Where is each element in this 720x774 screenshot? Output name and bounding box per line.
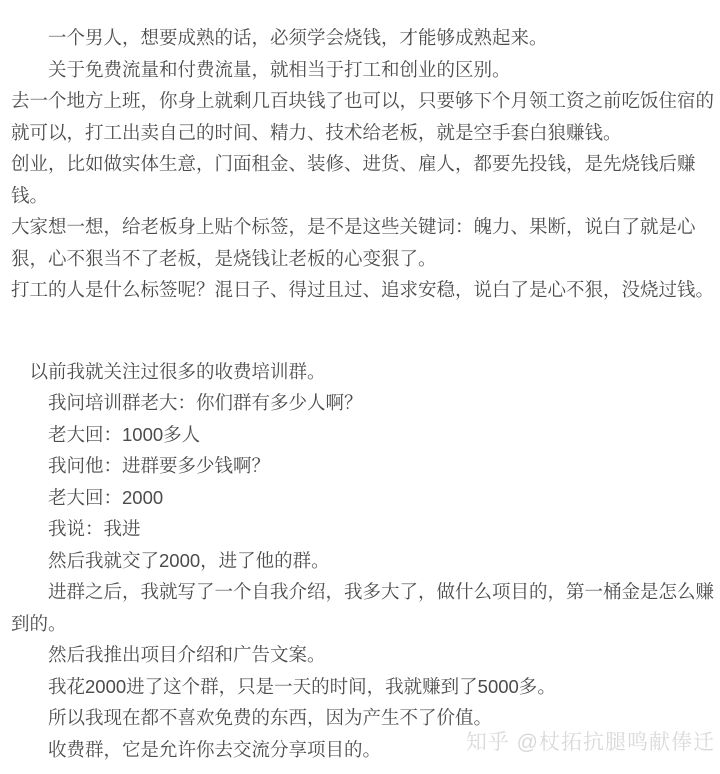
paragraph: 然后我推出项目介绍和广告文案。 [11,639,720,671]
paragraph: 创业，比如做实体生意，门面租金、装修、进货、雇人，都要先投钱，是先烧钱后赚钱。 [11,148,720,211]
paragraph: 去一个地方上班，你身上就剩几百块钱了也可以，只要够下个月领工资之前吃饭住宿的就可… [11,85,720,148]
paragraph: 关于免费流量和付费流量，就相当于打工和创业的区别。 [11,54,720,86]
paragraph: 打工的人是什么标签呢？混日子、得过且过、追求安稳，说白了是心不狠，没烧过钱。 [11,274,720,306]
zhihu-watermark: 知乎 @杖拓抗腿鸣献俸迁 [466,729,715,757]
paragraph: 老大回：2000 [11,482,720,514]
paragraph: 我问培训群老大：你们群有多少人啊？ [11,387,720,419]
paragraph: 一个男人，想要成熟的话，必须学会烧钱，才能够成熟起来。 [11,22,720,54]
paragraph: 我说：我进 [11,513,720,545]
paragraph: 然后我就交了2000，进了他的群。 [11,545,720,577]
paragraph: 老大回：1000多人 [11,419,720,451]
paragraph: 进群之后，我就写了一个自我介绍，我多大了，做什么项目的，第一桶金是怎么赚到的。 [11,576,720,639]
article-section: 以前我就关注过很多的收费培训群。我问培训群老大：你们群有多少人啊？老大回：100… [11,356,720,766]
article-body: 一个男人，想要成熟的话，必须学会烧钱，才能够成熟起来。关于免费流量和付费流量，就… [0,0,720,765]
paragraph: 以前我就关注过很多的收费培训群。 [11,356,720,388]
article-section: 一个男人，想要成熟的话，必须学会烧钱，才能够成熟起来。关于免费流量和付费流量，就… [11,22,720,306]
paragraph: 大家想一想，给老板身上贴个标签，是不是这些关键词：魄力、果断，说白了就是心狠，心… [11,211,720,274]
paragraph: 我花2000进了这个群，只是一天的时间，我就赚到了5000多。 [11,671,720,703]
paragraph: 我问他：进群要多少钱啊？ [11,450,720,482]
